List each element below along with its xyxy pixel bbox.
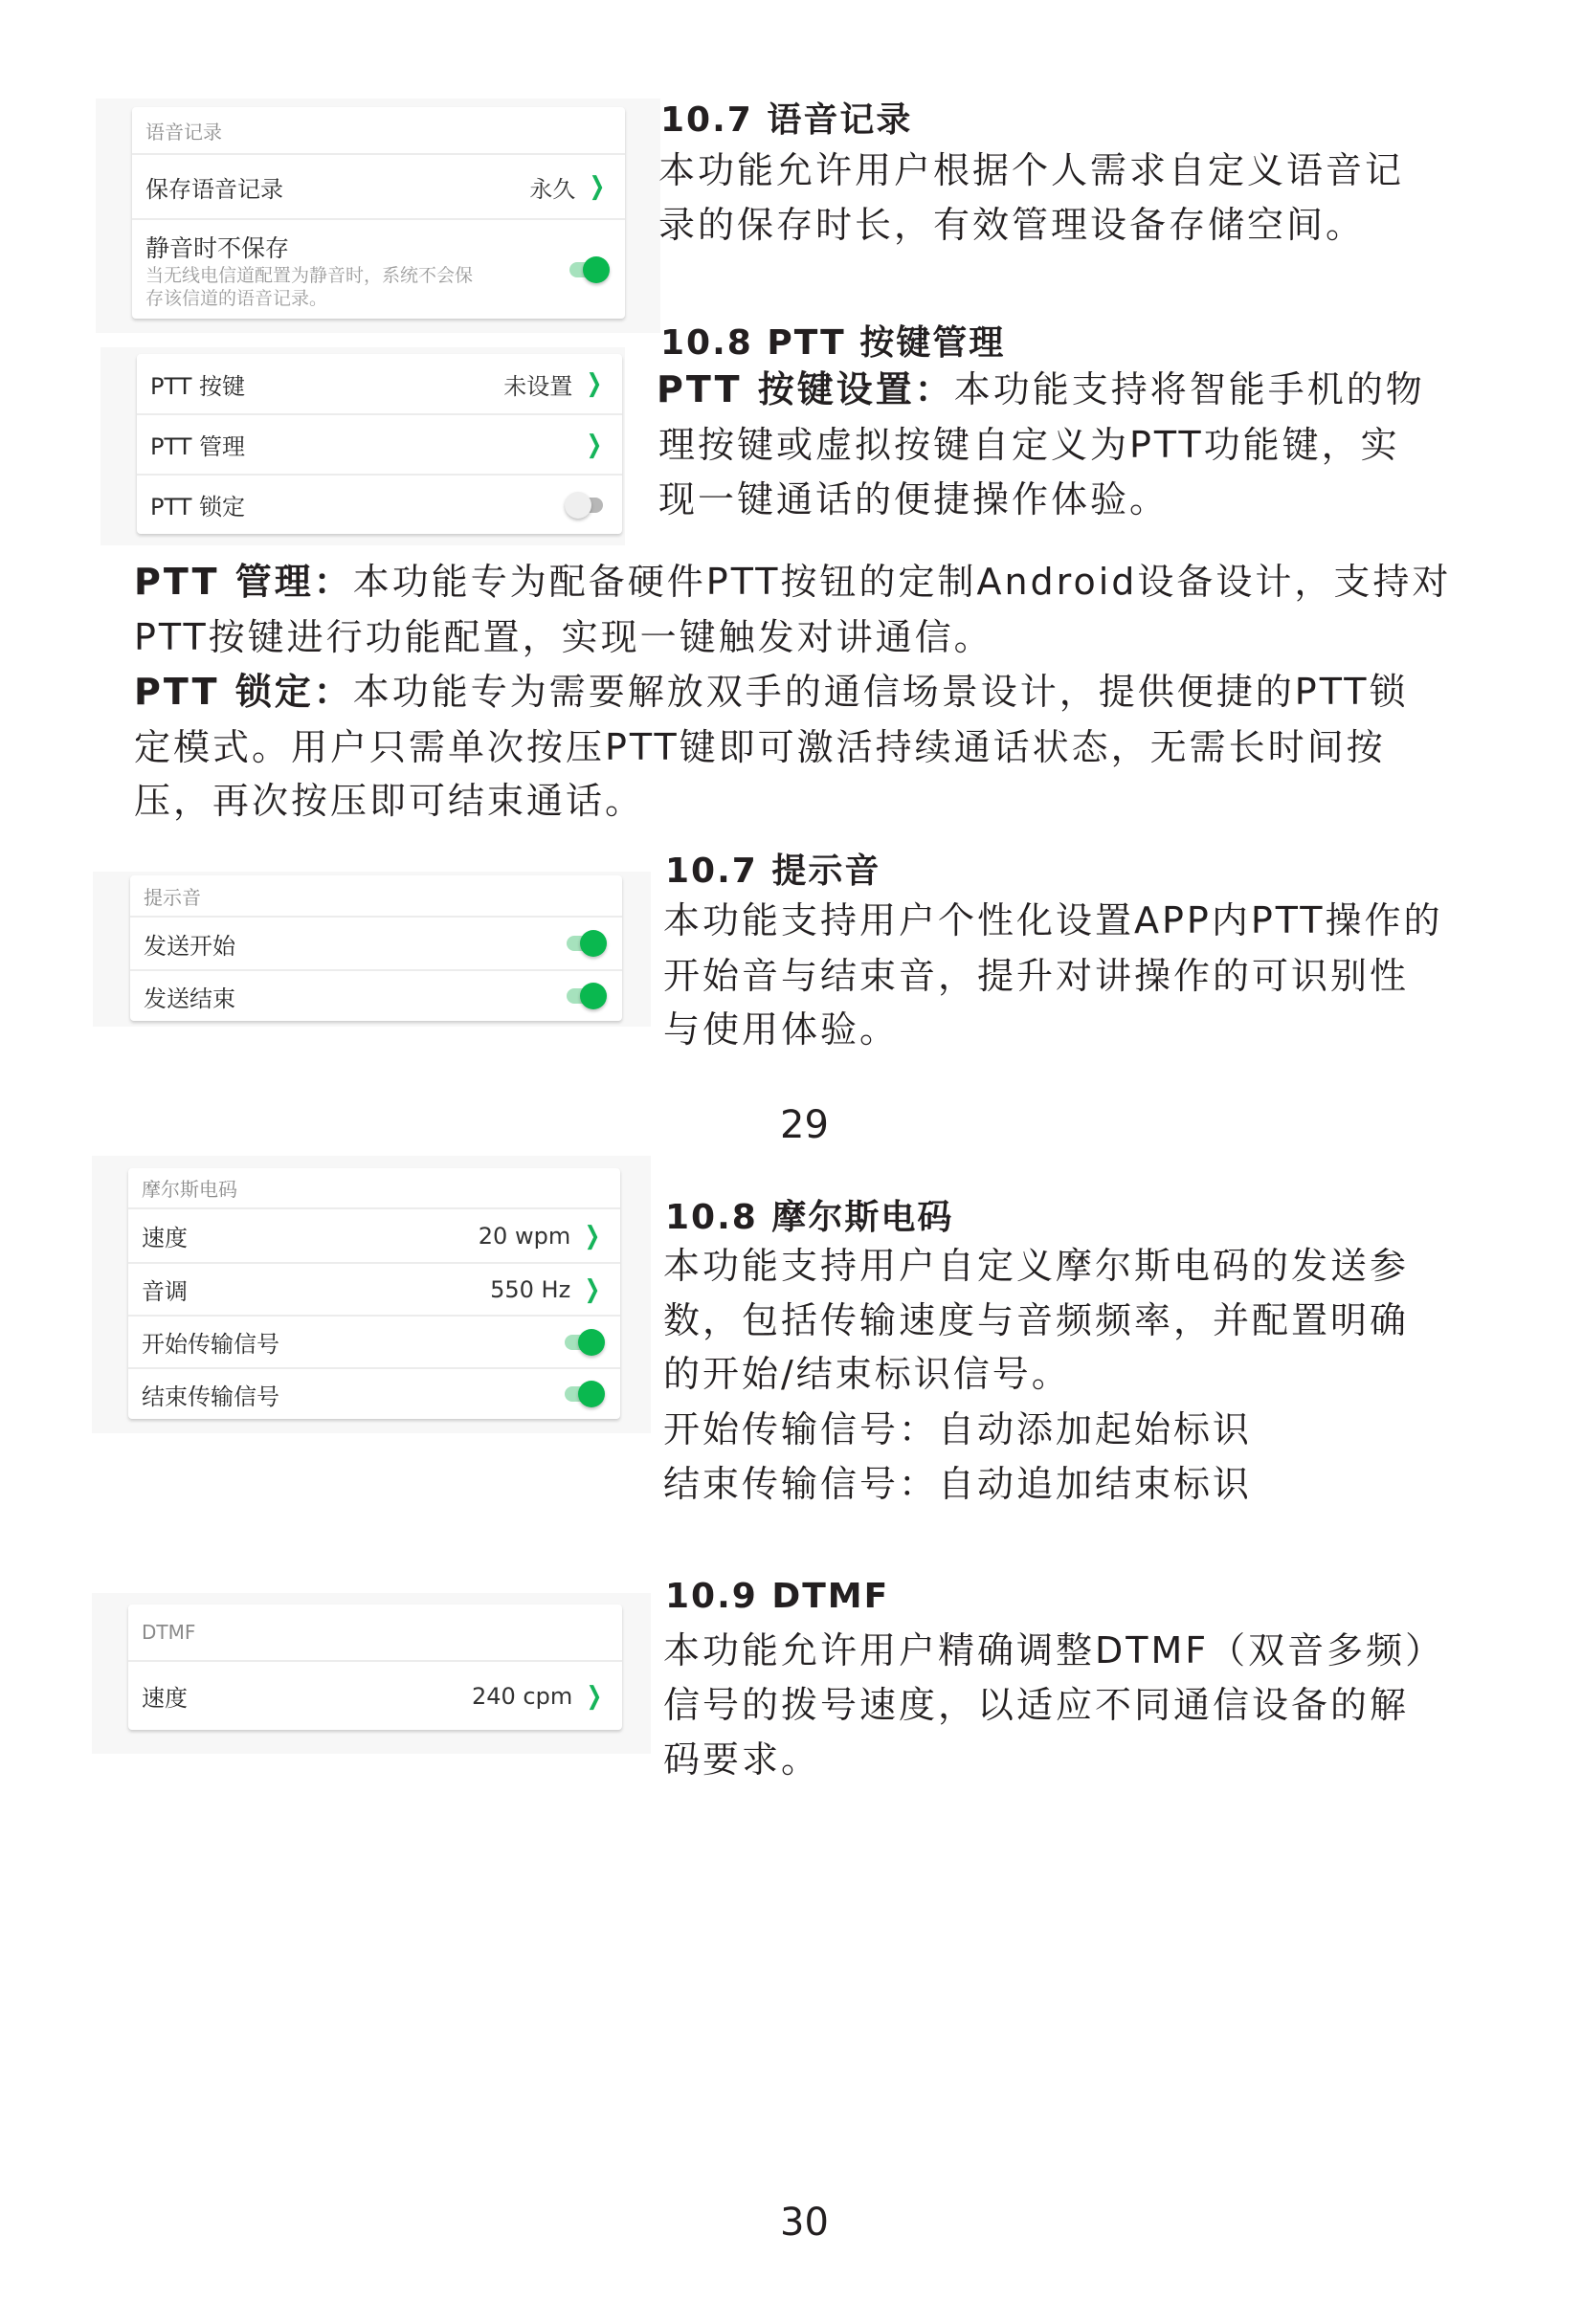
body-line: 本功能支持用户自定义摩尔斯电码的发送参 — [663, 1239, 1409, 1294]
row-label: PTT 按键 — [150, 367, 245, 401]
term-ptt-manage: PTT 管理： — [134, 561, 353, 603]
send-start-toggle[interactable] — [567, 930, 605, 957]
row-label: 发送开始 — [144, 927, 235, 961]
body-line: 压，再次按压即可结束通话。 — [134, 774, 644, 829]
body-line: 数，包括传输速度与音频频率，并配置明确 — [663, 1294, 1409, 1348]
start-signal-toggle[interactable] — [565, 1329, 603, 1356]
ptt-lock-row: PTT 锁定 — [137, 474, 622, 534]
body-line: 现一键通话的便捷操作体验。 — [658, 473, 1169, 527]
morse-start-signal-row: 开始传输信号 — [128, 1315, 620, 1367]
row-label: 速度 — [142, 1219, 188, 1252]
row-label: 开始传输信号 — [142, 1325, 279, 1359]
row-label: 保存语音记录 — [145, 170, 283, 204]
body-line: PTT 按键设置：本功能支持将智能手机的物 — [657, 363, 1425, 417]
body-line: 开始传输信号：自动添加起始标识 — [663, 1403, 1252, 1457]
chevron-right-icon: ❯ — [587, 1684, 602, 1709]
toggle-knob — [578, 1329, 605, 1356]
row-label: 音调 — [142, 1273, 188, 1306]
section-heading-voice-record: 10.7 语音记录 — [660, 93, 912, 142]
save-voice-record-row[interactable]: 保存语音记录 永久 ❯ — [132, 155, 625, 218]
term-ptt-lock: PTT 锁定： — [134, 671, 353, 713]
body-line: 与使用体验。 — [663, 1003, 899, 1057]
ptt-key-row[interactable]: PTT 按键 未设置 ❯ — [137, 354, 622, 413]
body-line: PTT 管理：本功能专为配备硬件PTT按钮的定制Android设备设计，支持对 — [134, 555, 1451, 609]
ptt-card: PTT 按键 未设置 ❯ PTT 管理 ❯ PTT 锁定 — [137, 354, 622, 534]
body-line: 本功能允许用户根据个人需求自定义语音记 — [658, 144, 1404, 198]
body-line: 定模式。用户只需单次按压PTT键即可激活持续通话状态，无需长时间按 — [134, 720, 1386, 775]
chevron-right-icon: ❯ — [587, 371, 602, 396]
chevron-right-icon: ❯ — [590, 174, 605, 199]
body-text: 本功能专为需要解放双手的通信场景设计，提供便捷的PTT锁 — [353, 671, 1409, 713]
toggle-knob — [583, 256, 610, 283]
body-line: 的开始/结束标识信号。 — [663, 1347, 1071, 1402]
send-start-row: 发送开始 — [130, 918, 622, 969]
morse-tone-row[interactable]: 音调 550 Hz ❯ — [128, 1262, 620, 1315]
row-label: 结束传输信号 — [142, 1378, 279, 1411]
body-line: 录的保存时长，有效管理设备存储空间。 — [658, 198, 1365, 253]
dtmf-card: DTMF 速度 240 cpm ❯ — [128, 1605, 622, 1730]
section-heading-dtmf: 10.9 DTMF — [665, 1577, 889, 1616]
row-value: 550 Hz — [490, 1276, 570, 1303]
page-number: 29 — [780, 1103, 829, 1147]
toggle-knob — [580, 983, 607, 1009]
voice-record-card: 语音记录 保存语音记录 永久 ❯ 静音时不保存 当无线电信道配置为静音时，系统不… — [132, 107, 625, 319]
body-line: 信号的拨号速度，以适应不同通信设备的解 — [663, 1678, 1409, 1733]
dtmf-speed-row[interactable]: 速度 240 cpm ❯ — [128, 1662, 622, 1730]
page-number: 30 — [780, 2201, 829, 2245]
row-sublabel: 当无线电信道配置为静音时，系统不会保 — [145, 264, 473, 287]
section-heading-ptt: 10.8 PTT 按键管理 — [660, 316, 1005, 365]
term-ptt-key-setting: PTT 按键设置： — [657, 368, 954, 410]
row-value: 永久 — [529, 170, 575, 204]
section-heading-tone: 10.7 提示音 — [665, 844, 881, 893]
body-line: 理按键或虚拟按键自定义为PTT功能键，实 — [658, 418, 1400, 473]
body-line: PTT 锁定：本功能专为需要解放双手的通信场景设计，提供便捷的PTT锁 — [134, 665, 1408, 719]
row-value: 未设置 — [503, 367, 572, 401]
row-label: PTT 锁定 — [150, 488, 245, 521]
row-sublabel: 存该信道的语音记录。 — [145, 287, 473, 310]
tone-card: 提示音 发送开始 发送结束 — [130, 875, 622, 1021]
body-line: 开始音与结束音，提升对讲操作的可识别性 — [663, 949, 1409, 1004]
send-end-row: 发送结束 — [130, 969, 622, 1021]
chevron-right-icon: ❯ — [585, 1224, 600, 1249]
toggle-knob — [580, 930, 607, 957]
morse-card: 摩尔斯电码 速度 20 wpm ❯ 音调 550 Hz ❯ 开始传输信号 结束传… — [128, 1168, 620, 1419]
row-value: 240 cpm — [472, 1683, 572, 1710]
card-header: DTMF — [128, 1605, 622, 1662]
row-label: PTT 管理 — [150, 428, 245, 461]
card-header: 语音记录 — [132, 107, 625, 155]
row-label: 静音时不保存 — [145, 230, 473, 264]
card-header: 摩尔斯电码 — [128, 1168, 620, 1209]
ptt-lock-toggle[interactable] — [567, 492, 605, 519]
body-line: 本功能支持用户个性化设置APP内PTT操作的 — [663, 894, 1443, 948]
body-line: PTT按键进行功能配置，实现一键触发对讲通信。 — [134, 610, 993, 665]
row-label: 速度 — [142, 1679, 188, 1713]
body-text: 本功能专为配备硬件PTT按钮的定制Android设备设计，支持对 — [353, 561, 1452, 603]
morse-end-signal-row: 结束传输信号 — [128, 1367, 620, 1419]
ptt-manage-row[interactable]: PTT 管理 ❯ — [137, 413, 622, 474]
body-text: 本功能支持将智能手机的物 — [954, 368, 1425, 410]
send-end-toggle[interactable] — [567, 983, 605, 1009]
row-label: 发送结束 — [144, 980, 235, 1013]
no-save-when-muted-row: 静音时不保存 当无线电信道配置为静音时，系统不会保 存该信道的语音记录。 — [132, 218, 625, 319]
morse-speed-row[interactable]: 速度 20 wpm ❯ — [128, 1209, 620, 1262]
toggle-knob — [578, 1381, 605, 1407]
chevron-right-icon: ❯ — [585, 1277, 600, 1302]
no-save-when-muted-toggle[interactable] — [569, 256, 608, 283]
body-line: 本功能允许用户精确调整DTMF（双音多频） — [663, 1624, 1444, 1678]
card-header: 提示音 — [130, 875, 622, 918]
chevron-right-icon: ❯ — [587, 432, 602, 457]
body-line: 结束传输信号：自动追加结束标识 — [663, 1457, 1252, 1512]
end-signal-toggle[interactable] — [565, 1381, 603, 1407]
row-value: 20 wpm — [479, 1223, 570, 1250]
toggle-knob — [565, 492, 591, 519]
body-line: 码要求。 — [663, 1733, 820, 1787]
section-heading-morse: 10.8 摩尔斯电码 — [665, 1190, 953, 1239]
